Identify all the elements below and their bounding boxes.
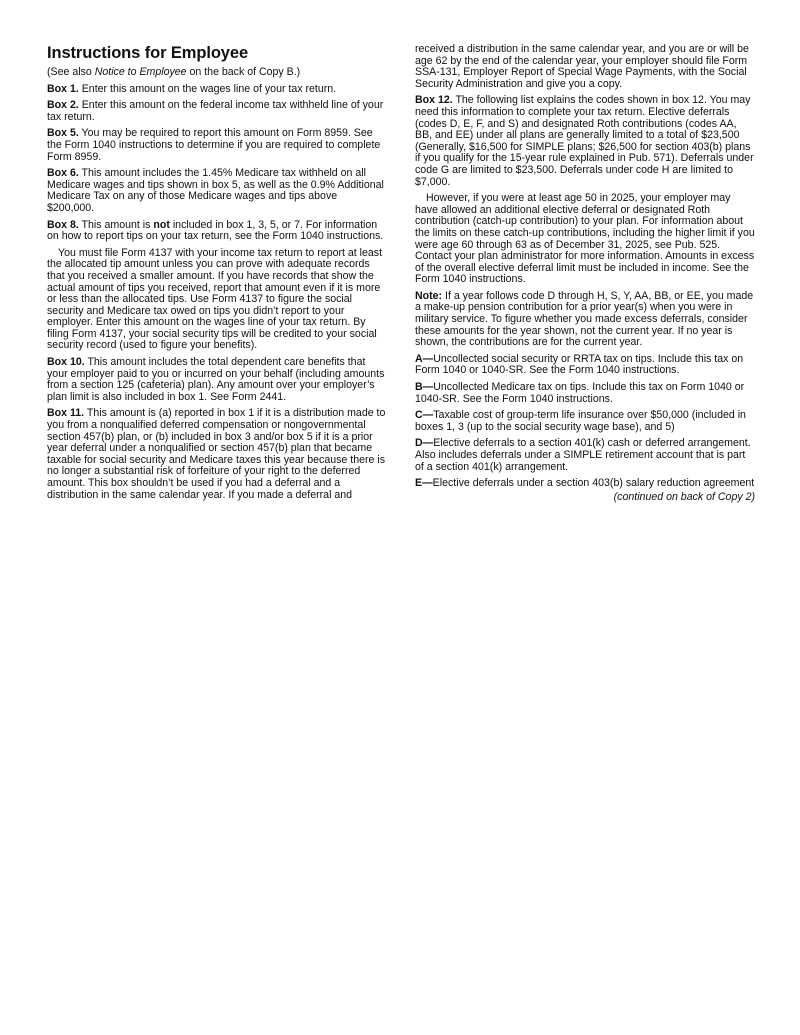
box6-label: Box 6. bbox=[47, 167, 79, 179]
see-also-suffix: on the back of Copy B.) bbox=[187, 66, 301, 78]
right-column: received a distribution in the same cale… bbox=[415, 44, 755, 508]
see-also-note: (See also Notice to Employee on the back… bbox=[47, 67, 387, 79]
code-e-item: E—Elective deferrals under a section 403… bbox=[415, 478, 755, 490]
box8-text-a: This amount is bbox=[79, 219, 154, 231]
box12-instruction: Box 12. The following list explains the … bbox=[415, 95, 755, 188]
box1-label: Box 1. bbox=[47, 83, 79, 95]
code-e-text: Elective deferrals under a section 403(b… bbox=[433, 477, 755, 489]
left-column: Instructions for Employee (See also Noti… bbox=[47, 44, 387, 506]
box12-text: The following list explains the codes sh… bbox=[415, 94, 754, 187]
continued-note: (continued on back of Copy 2) bbox=[415, 492, 755, 504]
code-a-text: Uncollected social security or RRTA tax … bbox=[415, 353, 743, 377]
code-a-label: A— bbox=[415, 353, 433, 365]
box1-instruction: Box 1. Enter this amount on the wages li… bbox=[47, 84, 387, 96]
page-title: Instructions for Employee bbox=[47, 44, 387, 62]
box5-text: You may be required to report this amoun… bbox=[47, 127, 380, 162]
code-d-text: Elective deferrals to a section 401(k) c… bbox=[415, 437, 751, 472]
box10-text: This amount includes the total dependent… bbox=[47, 356, 384, 403]
code-b-item: B—Uncollected Medicare tax on tips. Incl… bbox=[415, 382, 755, 405]
box11-instruction: Box 11. This amount is (a) reported in b… bbox=[47, 408, 387, 501]
box6-text: This amount includes the 1.45% Medicare … bbox=[47, 167, 384, 214]
code-c-text: Taxable cost of group-term life insuranc… bbox=[415, 409, 746, 433]
box11-label: Box 11. bbox=[47, 407, 84, 419]
box5-label: Box 5. bbox=[47, 127, 79, 139]
box5-instruction: Box 5. You may be required to report thi… bbox=[47, 128, 387, 163]
box1-text: Enter this amount on the wages line of y… bbox=[79, 83, 336, 95]
code-b-text: Uncollected Medicare tax on tips. Includ… bbox=[415, 381, 744, 405]
box6-instruction: Box 6. This amount includes the 1.45% Me… bbox=[47, 168, 387, 214]
box2-label: Box 2. bbox=[47, 99, 79, 111]
code-d-label: D— bbox=[415, 437, 433, 449]
code-c-label: C— bbox=[415, 409, 433, 421]
note-label: Note: bbox=[415, 290, 442, 302]
code-c-item: C—Taxable cost of group-term life insura… bbox=[415, 410, 755, 433]
box2-instruction: Box 2. Enter this amount on the federal … bbox=[47, 100, 387, 123]
code-d-item: D—Elective deferrals to a section 401(k)… bbox=[415, 438, 755, 473]
box8-bold: not bbox=[153, 219, 169, 231]
box2-text: Enter this amount on the federal income … bbox=[47, 99, 383, 123]
box10-instruction: Box 10. This amount includes the total d… bbox=[47, 357, 387, 403]
see-also-prefix: (See also bbox=[47, 66, 95, 78]
see-also-italic: Notice to Employee bbox=[95, 66, 187, 78]
box11-continued: received a distribution in the same cale… bbox=[415, 44, 755, 90]
code-a-item: A—Uncollected social security or RRTA ta… bbox=[415, 354, 755, 377]
box8-instruction: Box 8. This amount is not included in bo… bbox=[47, 220, 387, 243]
box10-label: Box 10. bbox=[47, 356, 85, 368]
box12-paragraph-2: However, if you were at least age 50 in … bbox=[415, 193, 755, 286]
code-b-label: B— bbox=[415, 381, 433, 393]
box8-paragraph-2: You must file Form 4137 with your income… bbox=[47, 248, 387, 352]
code-e-label: E— bbox=[415, 477, 433, 489]
box12-note: Note: If a year follows code D through H… bbox=[415, 291, 755, 349]
box11-text: This amount is (a) reported in box 1 if … bbox=[47, 407, 385, 500]
box12-label: Box 12. bbox=[415, 94, 453, 106]
box8-label: Box 8. bbox=[47, 219, 79, 231]
note-text: If a year follows code D through H, S, Y… bbox=[415, 290, 753, 348]
